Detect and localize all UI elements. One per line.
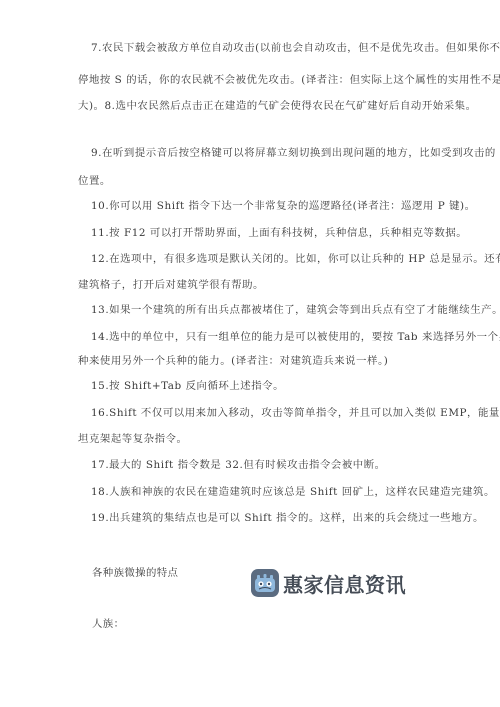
document-page: 7.农民下载会被敌方单位自动攻击(以前也会自动攻击，但不是优先攻击。但如果你不 …: [0, 0, 500, 707]
paragraph-7-line-2: 停地按 S 的话，你的农民就不会被优先攻击。(译者注：但实际上这个属性的实用性不…: [78, 73, 500, 87]
paragraph-11: 11.按 F12 可以打开帮助界面，上面有科技树，兵种信息，兵种相克等数据。: [91, 226, 467, 240]
paragraph-7-line-3: 大)。8.选中农民然后点击正在建造的气矿会使得农民在气矿建好后自动开始采集。: [78, 99, 477, 113]
section-heading: 各种族微操的特点: [92, 566, 178, 580]
watermark: 惠家信息资讯: [251, 566, 420, 600]
paragraph-17: 17.最大的 Shift 指令数是 32.但有时候攻击指令会被中断。: [91, 458, 386, 472]
paragraph-9-line-2: 位置。: [78, 174, 111, 188]
game-robot-logo-icon: [251, 569, 279, 597]
paragraph-7-line-1: 7.农民下载会被敌方单位自动攻击(以前也会自动攻击，但不是优先攻击。但如果你不: [91, 41, 500, 55]
paragraph-16-line-2: 坦克架起等复杂指令。: [78, 432, 187, 446]
paragraph-16-line-1: 16.Shift 不仅可以用来加入移动，攻击等简单指令，并且可以加入类似 EMP…: [91, 406, 500, 420]
paragraph-14-line-1: 14.选中的单位中，只有一组单位的能力是可以被使用的，要按 Tab 来选择另外一…: [91, 330, 500, 344]
subheading-terran: 人族：: [92, 617, 124, 631]
paragraph-14-line-2: 种来使用另外一个兵种的能力。(译者注：对建筑造兵来说一样。): [78, 354, 388, 368]
paragraph-19: 19.出兵建筑的集结点也是可以 Shift 指令的。这样，出来的兵会绕过一些地方…: [91, 511, 484, 525]
paragraph-12-line-1: 12.在选项中，有很多选项是默认关闭的。比如，你可以让兵种的 HP 总是显示。还…: [91, 252, 500, 266]
paragraph-12-line-2: 建筑格子，打开后对建筑学很有帮助。: [78, 278, 264, 292]
paragraph-9-line-1: 9.在听到提示音后按空格键可以将屏幕立刻切换到出现问题的地方，比如受到攻击的: [91, 146, 496, 160]
paragraph-15: 15.按 Shift+Tab 反向循环上述指令。: [91, 379, 284, 393]
paragraph-10: 10.你可以用 Shift 指令下达一个非常复杂的巡逻路径(译者注：巡逻用 P …: [91, 199, 476, 213]
watermark-text: 惠家信息资讯: [283, 569, 406, 598]
paragraph-18: 18.人族和神族的农民在建造建筑时应该总是 Shift 回矿上，这样农民建造完建…: [91, 485, 495, 499]
paragraph-13: 13.如果一个建筑的所有出兵点都被堵住了，建筑会等到出兵点有空了才能继续生产。: [91, 303, 500, 317]
